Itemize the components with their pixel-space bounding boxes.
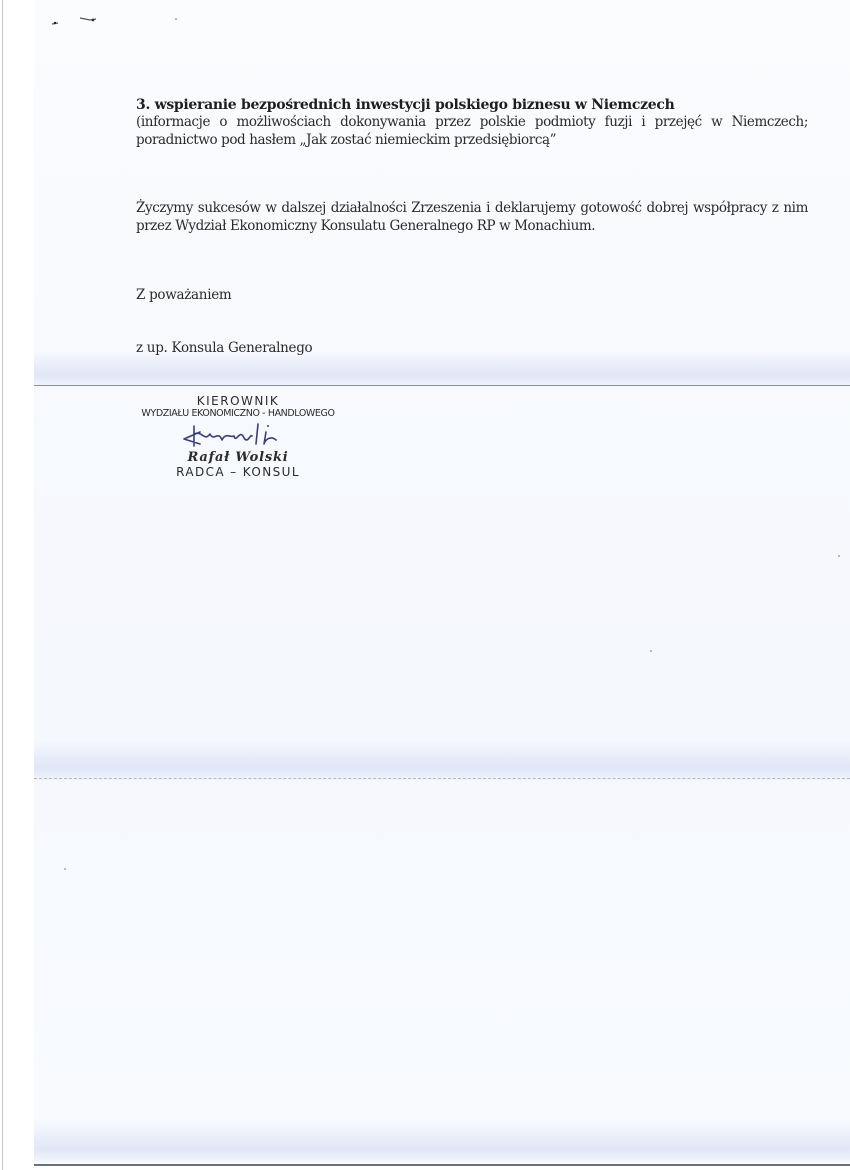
handwritten-signature-icon — [118, 422, 358, 450]
fold-shadow — [34, 740, 850, 780]
section-heading: 3. wspieranie bezpośrednich inwestycji p… — [136, 96, 808, 114]
stamp-title: KIEROWNIK — [118, 395, 358, 408]
page-bottom-edge — [34, 1164, 850, 1166]
scan-edge-line — [2, 0, 3, 1170]
scan-speck — [175, 18, 177, 20]
scan-speck — [64, 868, 66, 870]
signatory-name: Rafał Wolski — [118, 450, 358, 465]
signatory-role: RADCA – KONSUL — [118, 465, 358, 480]
paragraph-wishes: Życzymy sukcesów w dalszej działalności … — [136, 199, 808, 235]
paragraph-details: (informacje o możliwościach dokonywania … — [136, 113, 808, 149]
fold-line — [34, 778, 850, 779]
signatory-line: z up. Konsula Generalnego — [136, 339, 808, 357]
scan-speck — [650, 650, 652, 652]
scan-artifact-icon — [50, 12, 102, 26]
scan-margin — [0, 0, 34, 1170]
stamp-department: WYDZIAŁU EKONOMICZNO - HANDLOWEGO — [118, 408, 358, 420]
fold-line — [34, 385, 850, 386]
letter-page — [34, 0, 850, 1165]
closing-salutation: Z poważaniem — [136, 286, 808, 304]
scan-speck — [838, 555, 840, 557]
fold-shadow — [34, 1120, 850, 1162]
official-stamp: KIEROWNIK WYDZIAŁU EKONOMICZNO - HANDLOW… — [118, 395, 358, 480]
